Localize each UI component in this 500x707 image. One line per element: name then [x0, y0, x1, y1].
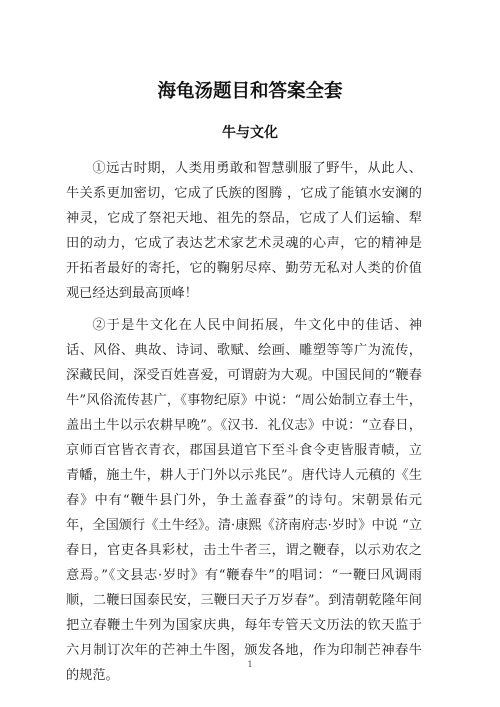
paragraph-1: ①远古时期，人类用勇敢和智慧驯服了野牛，从此人、牛关系更加密切，它成了氏族的图腾… — [66, 156, 422, 306]
section-title: 牛与文化 — [0, 122, 500, 144]
document-body: ①远古时期，人类用勇敢和智慧驯服了野牛，从此人、牛关系更加密切，它成了氏族的图腾… — [66, 156, 422, 695]
document-page: 海龟汤题目和答案全套 牛与文化 ①远古时期，人类用勇敢和智慧驯服了野牛，从此人、… — [0, 0, 500, 707]
document-title: 海龟汤题目和答案全套 — [0, 78, 500, 106]
paragraph-2: ②于是牛文化在人民中间拓展，牛文化中的佳话、神话、风俗、典故、诗词、歌赋、绘画、… — [66, 313, 422, 688]
page-number: 1 — [0, 660, 500, 669]
